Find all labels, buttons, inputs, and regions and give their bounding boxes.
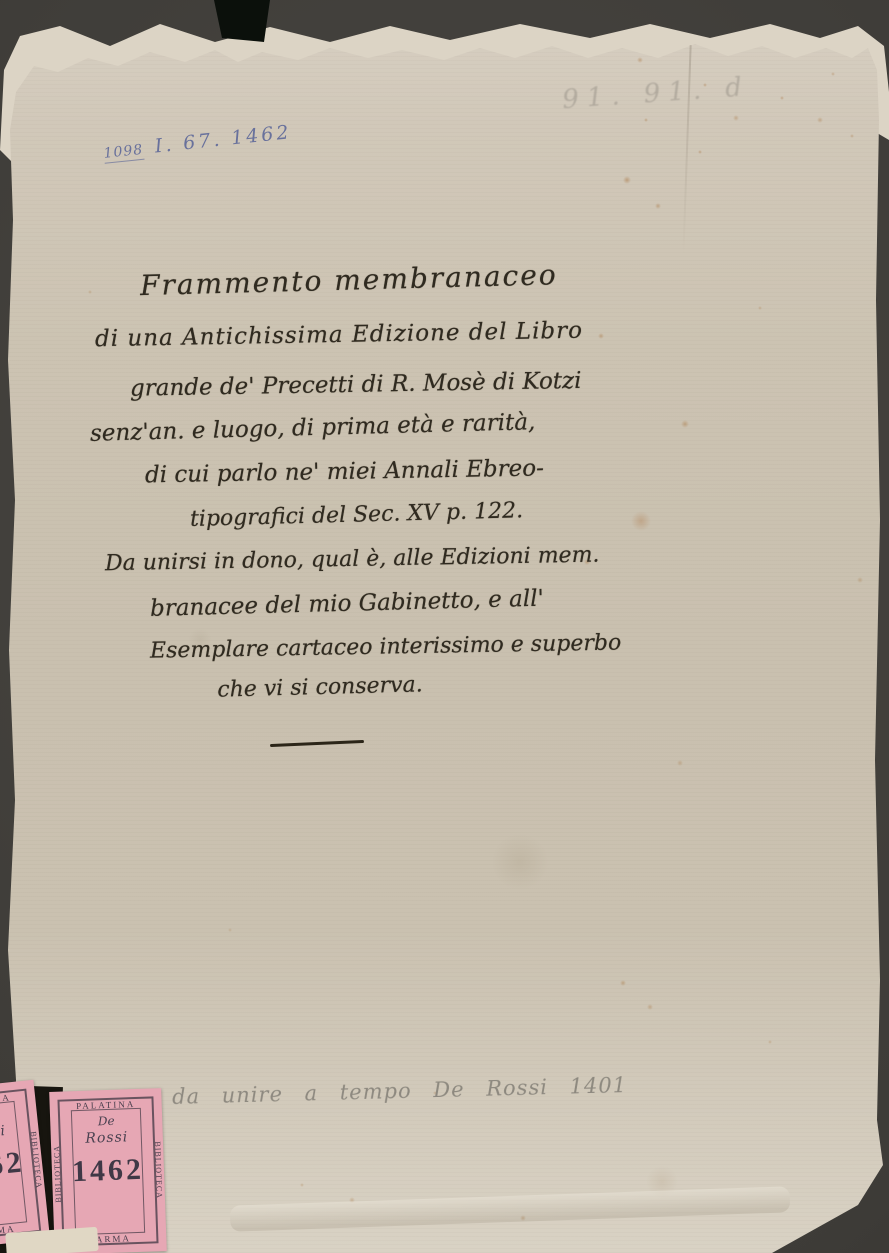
paper-sheet <box>0 0 889 1253</box>
binding-notch <box>214 0 270 42</box>
label-number: 1462 <box>51 1152 164 1190</box>
manuscript-scan: 1098I. 67. 1462 91. 91. d Frammento memb… <box>0 0 889 1253</box>
